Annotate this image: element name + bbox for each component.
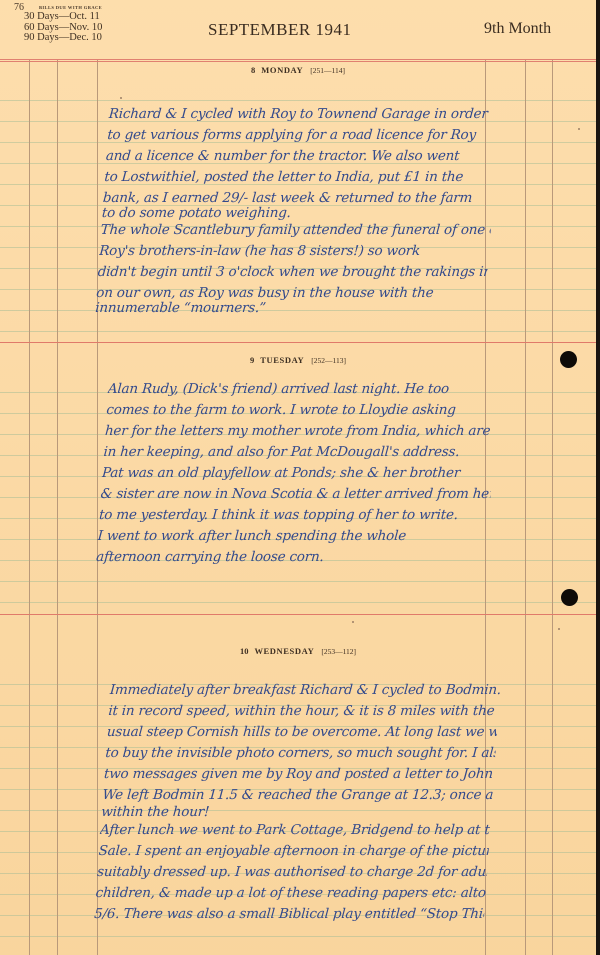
bills-due-list: 30 Days—Oct. 11 60 Days—Nov. 10 90 Days—…: [24, 12, 102, 44]
day-separator: [0, 614, 596, 615]
day-count: [252—113]: [311, 356, 346, 365]
entry-line: Sale. I spent an enjoyable afternoon in …: [98, 841, 489, 862]
entry-line: 5/6. There was also a small Biblical pla…: [93, 904, 484, 925]
page-edge: [596, 0, 600, 955]
entry-line: afternoon carrying the loose corn.: [95, 547, 486, 568]
day-weekday: TUESDAY: [260, 355, 304, 365]
entry-line: children, & made up a lot of these readi…: [95, 883, 486, 904]
entry-line: to me yesterday. I think it was topping …: [98, 505, 489, 526]
day-date: 10: [240, 646, 249, 656]
entry-line: in her keeping, and also for Pat McDouga…: [103, 442, 494, 463]
entry-line: I went to work after lunch spending the …: [97, 526, 488, 547]
entry-line: and a licence & number for the tractor. …: [105, 146, 496, 167]
page-number: 76: [14, 2, 24, 13]
column-rule: [552, 60, 553, 955]
entry-line: The whole Scantlebury family attended th…: [100, 220, 491, 241]
day-header-tuesday: 9TUESDAY[252—113]: [0, 355, 596, 365]
bills-due-30: 30 Days—Oct. 11: [24, 12, 102, 23]
entry-line: to Lostwithiel, posted the letter to Ind…: [104, 167, 495, 188]
entry-line: it in record speed, within the hour, & i…: [108, 701, 499, 722]
punch-hole: [560, 351, 577, 368]
header-rule: [0, 59, 596, 62]
day-header-monday: 8MONDAY[251—114]: [0, 65, 596, 75]
day-date: 9: [250, 355, 254, 365]
diary-entry-wednesday: Immediately after breakfast Richard & I …: [93, 680, 500, 925]
entry-line: comes to the farm to work. I wrote to Ll…: [106, 400, 497, 421]
diary-entry-tuesday: Alan Rudy, (Dick's friend) arrived last …: [95, 379, 498, 568]
entry-line: & sister are now in Nova Scotia & a lett…: [100, 484, 491, 505]
entry-line: to get various forms applying for a road…: [107, 125, 498, 146]
entry-line: Richard & I cycled with Roy to Townend G…: [108, 104, 499, 125]
page-title: SEPTEMBER 1941: [208, 20, 352, 40]
entry-line: Immediately after breakfast Richard & I …: [109, 680, 500, 701]
day-count: [251—114]: [310, 66, 345, 75]
entry-line: usual steep Cornish hills to be overcome…: [106, 722, 497, 743]
day-weekday: MONDAY: [261, 65, 303, 75]
paper-speck: [352, 621, 354, 623]
entry-line: her for the letters my mother wrote from…: [104, 421, 495, 442]
diary-entry-monday: Richard & I cycled with Roy to Townend G…: [94, 104, 499, 319]
entry-line: two messages given me by Roy and posted …: [103, 764, 494, 785]
month-label: 9th Month: [484, 20, 551, 38]
column-rule: [97, 60, 98, 955]
paper-speck: [120, 97, 122, 99]
entry-line: Roy's brothers-in-law (he has 8 sisters!…: [98, 241, 489, 262]
punch-hole: [561, 589, 578, 606]
diary-page: 76 BILLS DUE WITH GRACE 30 Days—Oct. 11 …: [0, 0, 596, 955]
entry-line: to buy the invisible photo corners, so m…: [105, 743, 496, 764]
bills-due-90: 90 Days—Dec. 10: [24, 33, 102, 44]
day-header-wednesday: 10WEDNESDAY[253—112]: [0, 646, 596, 656]
day-separator: [0, 342, 596, 343]
paper-speck: [578, 128, 580, 130]
day-date: 8: [251, 65, 255, 75]
entry-line: After lunch we went to Park Cottage, Bri…: [99, 820, 490, 841]
entry-line: didn't begin until 3 o'clock when we bro…: [97, 262, 488, 283]
paper-speck: [558, 628, 560, 630]
column-rule: [57, 60, 58, 955]
day-weekday: WEDNESDAY: [254, 646, 314, 656]
entry-line: Alan Rudy, (Dick's friend) arrived last …: [107, 379, 498, 400]
day-count: [253—112]: [321, 647, 356, 656]
entry-line: Pat was an old playfellow at Ponds; she …: [101, 463, 492, 484]
column-rule: [29, 60, 30, 955]
column-rule: [525, 60, 526, 955]
bills-due-title: BILLS DUE WITH GRACE: [39, 5, 102, 10]
entry-line: suitably dressed up. I was authorised to…: [96, 862, 487, 883]
